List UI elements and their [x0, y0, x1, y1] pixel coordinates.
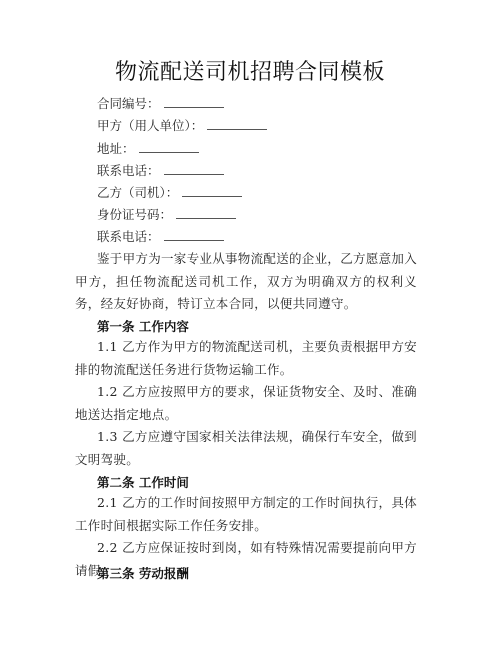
- section-3-heading: 第三条 劳动报酬: [97, 565, 189, 583]
- intro-paragraph: 鉴于甲方为一家专业从事物流配送的企业，乙方愿意加入甲方，担任物流配送司机工作，双…: [75, 248, 417, 316]
- blank-line: [139, 140, 199, 153]
- address-field: 地址：: [97, 140, 199, 158]
- clause-1-1: 1.1 乙方作为甲方的物流配送司机，主要负责根据甲方安排的物流配送任务进行货物运…: [75, 336, 417, 381]
- contract-number-field: 合同编号：: [97, 95, 224, 113]
- blank-line: [164, 162, 224, 175]
- blank-line: [207, 117, 267, 130]
- field-label: 合同编号：: [97, 96, 160, 111]
- document-title: 物流配送司机招聘合同模板: [0, 58, 500, 88]
- section-2-heading: 第二条 工作时间: [97, 474, 189, 492]
- blank-line: [164, 95, 224, 108]
- party-b-phone-field: 联系电话：: [97, 228, 224, 246]
- field-label: 联系电话：: [97, 229, 160, 244]
- field-label: 地址：: [97, 141, 135, 156]
- blank-line: [164, 228, 224, 241]
- field-label: 乙方（司机）：: [97, 185, 178, 200]
- party-b-field: 乙方（司机）：: [97, 184, 242, 202]
- blank-line: [176, 206, 236, 219]
- party-a-field: 甲方（用人单位）：: [97, 117, 267, 135]
- field-label: 甲方（用人单位）：: [97, 118, 203, 133]
- document-page: 物流配送司机招聘合同模板 合同编号： 甲方（用人单位）： 地址： 联系电话： 乙…: [0, 0, 500, 647]
- field-label: 联系电话：: [97, 163, 160, 178]
- section-1-heading: 第一条 工作内容: [97, 318, 189, 336]
- id-number-field: 身份证号码：: [97, 206, 236, 224]
- field-label: 身份证号码：: [97, 207, 172, 222]
- blank-line: [182, 184, 242, 197]
- party-a-phone-field: 联系电话：: [97, 162, 224, 180]
- clause-1-3: 1.3 乙方应遵守国家相关法律法规，确保行车安全，做到文明驾驶。: [75, 426, 417, 471]
- clause-2-1: 2.1 乙方的工作时间按照甲方制定的工作时间执行，具体工作时间根据实际工作任务安…: [75, 492, 417, 537]
- clause-1-2: 1.2 乙方应按照甲方的要求，保证货物安全、及时、准确地送达指定地点。: [75, 381, 417, 426]
